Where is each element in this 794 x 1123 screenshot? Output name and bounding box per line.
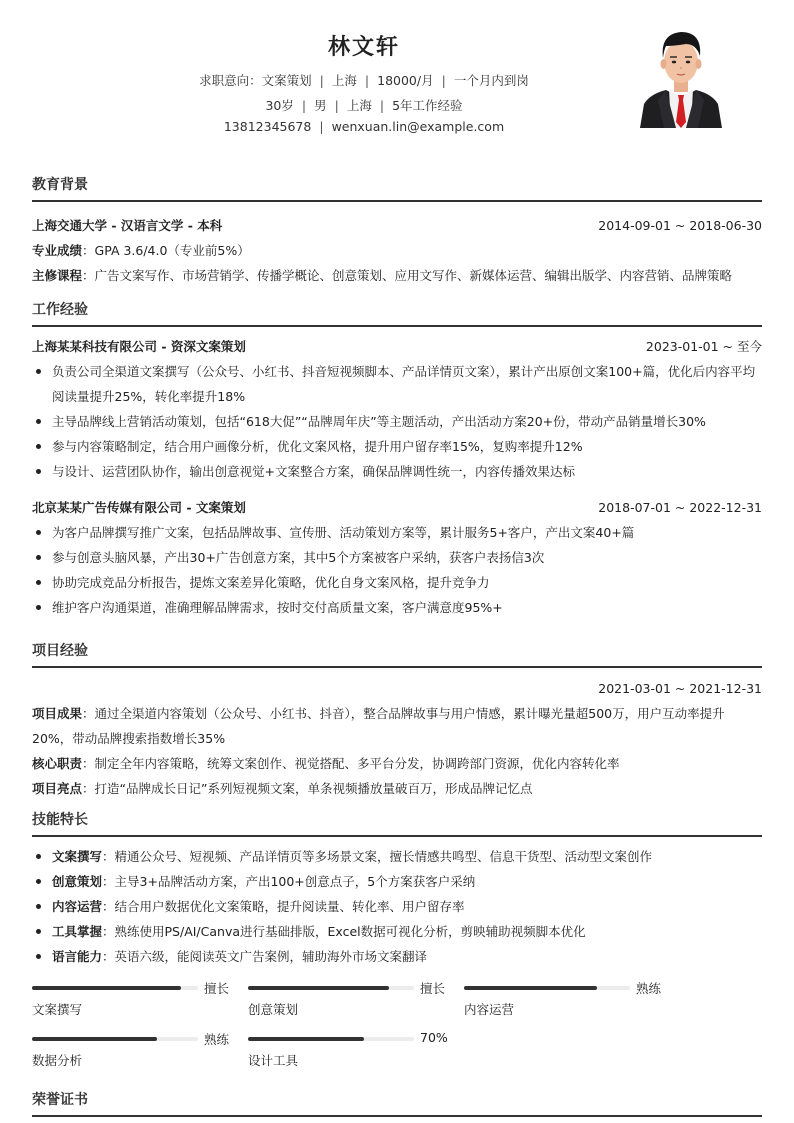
list-item: 参与创意头脑风暴，产出30+广告创意方案，其中5个方案被客户采纳，获客户表扬信3… <box>32 545 762 570</box>
intent-city: 上海 <box>332 73 357 88</box>
skills-section: 技能特长 文案撰写：精通公众号、短视频、产品详情页等多场景文案，擅长情感共鸣型、… <box>32 809 762 969</box>
contact-line: 13812345678|wenxuan.lin@example.com <box>32 119 696 134</box>
gpa-label: 专业成绩 <box>32 243 82 258</box>
skill-track <box>32 986 198 990</box>
list-item: 与设计、运营团队协作，输出创意视觉+文案整合方案，确保品牌调性统一，内容传播效果… <box>32 459 762 484</box>
project-item: 核心职责：制定全年内容策略，统筹文案创作、视觉搭配、多平台分发，协调跨部门资源，… <box>32 751 762 776</box>
skill-fill <box>248 986 389 990</box>
email: wenxuan.lin@example.com <box>332 119 505 134</box>
job-heading: 上海某某科技有限公司 - 资深文案策划 <box>32 339 246 354</box>
expected-salary: 18000/月 <box>377 73 433 88</box>
project-item-value: ：通过全渠道内容策划（公众号、小红书、抖音），整合品牌故事与用户情感，累计曝光量… <box>32 706 725 746</box>
availability: 一个月内到岗 <box>454 73 529 88</box>
section-title: 荣誉证书 <box>32 1089 762 1111</box>
separator: | <box>442 73 446 88</box>
project-section: 项目经验 2021-03-01 ~ 2021-12-31 项目成果：通过全渠道内… <box>32 640 762 801</box>
list-item: 创意策划：主导3+品牌活动方案，产出100+创意点子，5个方案获客户采纳 <box>32 869 762 894</box>
separator: | <box>380 98 384 113</box>
gpa-value: ：GPA 3.6/4.0（专业前5%） <box>82 243 250 258</box>
personal-info-line: 30岁|男|上海|5年工作经验 <box>32 96 696 114</box>
skill-fill <box>32 986 181 990</box>
resume-header: 林文轩 求职意向：文案策划|上海|18000/月|一个月内到岗 30岁|男|上海… <box>32 0 762 150</box>
education-section: 教育背景 上海交通大学 - 汉语言文学 - 本科 2014-09-01 ~ 20… <box>32 174 762 288</box>
project-date: 2021-03-01 ~ 2021-12-31 <box>598 676 762 701</box>
courses-label: 主修课程 <box>32 268 82 283</box>
skill-name: 设计工具 <box>248 1051 298 1069</box>
section-title: 工作经验 <box>32 299 762 321</box>
project-item-value: ：制定全年内容策略，统筹文案创作、视觉搭配、多平台分发，协调跨部门资源，优化内容… <box>82 756 620 771</box>
job-intent: 求职意向：文案策划 <box>199 73 312 88</box>
section-title: 教育背景 <box>32 174 762 196</box>
skill-name: 创意策划 <box>248 1000 298 1018</box>
candidate-name: 林文轩 <box>32 30 696 61</box>
skill-track <box>248 986 414 990</box>
job-bullets: 负责公司全渠道文案撰写（公众号、小红书、抖音短视频脚本、产品详情页文案），累计产… <box>32 359 762 484</box>
separator: | <box>319 119 323 134</box>
section-divider <box>32 666 762 668</box>
skill-bar: 熟练 内容运营 <box>464 980 664 1020</box>
skill-bar: 擅长 创意策划 <box>248 980 448 1020</box>
skill-value: ：结合用户数据优化文案策略，提升阅读量、转化率、用户留存率 <box>102 899 465 914</box>
skill-track <box>32 1037 198 1041</box>
skill-label: 创意策划 <box>52 874 102 889</box>
skill-value: ：精通公众号、短视频、产品详情页等多场景文案，擅长情感共鸣型、信息干货型、活动型… <box>102 849 652 864</box>
project-header: 2021-03-01 ~ 2021-12-31 <box>32 676 762 701</box>
list-item: 负责公司全渠道文案撰写（公众号、小红书、抖音短视频脚本、产品详情页文案），累计产… <box>32 359 762 409</box>
job-heading: 北京某某广告传媒有限公司 - 文案策划 <box>32 500 246 515</box>
school-line: 上海交通大学 - 汉语言文学 - 本科 <box>32 218 222 233</box>
skill-value: ：英语六级，能阅读英文广告案例，辅助海外市场文案翻译 <box>102 949 427 964</box>
skill-level: 70% <box>420 1030 448 1045</box>
education-entry: 上海交通大学 - 汉语言文学 - 本科 2014-09-01 ~ 2018-06… <box>32 213 762 238</box>
work-section: 工作经验 上海某某科技有限公司 - 资深文案策划 2023-01-01 ~ 至今… <box>32 299 762 620</box>
section-divider <box>32 835 762 837</box>
section-divider <box>32 200 762 202</box>
job-date: 2023-01-01 ~ 至今 <box>646 334 762 359</box>
gender: 男 <box>314 98 327 113</box>
list-item: 工具掌握：熟练使用PS/AI/Canva进行基础排版，Excel数据可视化分析，… <box>32 919 762 944</box>
skill-fill <box>248 1037 364 1041</box>
section-title: 项目经验 <box>32 640 762 662</box>
education-date: 2014-09-01 ~ 2018-06-30 <box>598 213 762 238</box>
list-item: 维护客户沟通渠道，准确理解品牌需求，按时交付高质量文案，客户满意度95%+ <box>32 595 762 620</box>
list-item: 文案撰写：精通公众号、短视频、产品详情页等多场景文案，擅长情感共鸣型、信息干货型… <box>32 844 762 869</box>
phone: 13812345678 <box>224 119 311 134</box>
project-item-label: 核心职责 <box>32 756 82 771</box>
list-item: 为客户品牌撰写推广文案，包括品牌故事、宣传册、活动策划方案等，累计服务5+客户，… <box>32 520 762 545</box>
separator: | <box>302 98 306 113</box>
project-item: 项目成果：通过全渠道内容策划（公众号、小红书、抖音），整合品牌故事与用户情感，累… <box>32 701 762 751</box>
skill-bar: 擅长 文案撰写 <box>32 980 232 1020</box>
job-date: 2018-07-01 ~ 2022-12-31 <box>598 495 762 520</box>
skill-name: 数据分析 <box>32 1051 82 1069</box>
skill-level: 擅长 <box>420 979 445 997</box>
job-bullets: 为客户品牌撰写推广文案，包括品牌故事、宣传册、活动策划方案等，累计服务5+客户，… <box>32 520 762 620</box>
skill-bar: 70% 设计工具 <box>248 1031 448 1071</box>
skill-bar: 熟练 数据分析 <box>32 1031 232 1071</box>
list-item: 参与内容策略制定，结合用户画像分析，优化文案风格，提升用户留存率15%，复购率提… <box>32 434 762 459</box>
honors-section: 荣誉证书 <box>32 1089 762 1117</box>
separator: | <box>365 73 369 88</box>
skill-label: 文案撰写 <box>52 849 102 864</box>
job-entry: 北京某某广告传媒有限公司 - 文案策划 2018-07-01 ~ 2022-12… <box>32 495 762 620</box>
job-entry: 上海某某科技有限公司 - 资深文案策划 2023-01-01 ~ 至今 负责公司… <box>32 334 762 484</box>
project-item-value: ：打造“品牌成长日记”系列短视频文案，单条视频播放量破百万，形成品牌记忆点 <box>82 781 532 796</box>
section-divider <box>32 325 762 327</box>
list-item: 语言能力：英语六级，能阅读英文广告案例，辅助海外市场文案翻译 <box>32 944 762 969</box>
skill-fill <box>464 986 597 990</box>
skill-track <box>464 986 630 990</box>
list-item: 协助完成竞品分析报告，提炼文案差异化策略，优化自身文案风格，提升竞争力 <box>32 570 762 595</box>
skill-track <box>248 1037 414 1041</box>
section-title: 技能特长 <box>32 809 762 831</box>
avatar <box>636 24 726 128</box>
age: 30岁 <box>265 98 293 113</box>
skills-list: 文案撰写：精通公众号、短视频、产品详情页等多场景文案，擅长情感共鸣型、信息干货型… <box>32 844 762 969</box>
location: 上海 <box>347 98 372 113</box>
skill-value: ：熟练使用PS/AI/Canva进行基础排版，Excel数据可视化分析，剪映辅助… <box>102 924 586 939</box>
skill-name: 文案撰写 <box>32 1000 82 1018</box>
skill-label: 内容运营 <box>52 899 102 914</box>
skill-label: 语言能力 <box>52 949 102 964</box>
skill-label: 工具掌握 <box>52 924 102 939</box>
project-item-label: 项目亮点 <box>32 781 82 796</box>
list-item: 主导品牌线上营销活动策划，包括“618大促”“品牌周年庆”等主题活动，产出活动方… <box>32 409 762 434</box>
skill-name: 内容运营 <box>464 1000 514 1018</box>
separator: | <box>335 98 339 113</box>
project-item: 项目亮点：打造“品牌成长日记”系列短视频文案，单条视频播放量破百万，形成品牌记忆… <box>32 776 762 801</box>
skill-level: 擅长 <box>204 979 229 997</box>
list-item: 内容运营：结合用户数据优化文案策略，提升阅读量、转化率、用户留存率 <box>32 894 762 919</box>
resume-page: 林文轩 求职意向：文案策划|上海|18000/月|一个月内到岗 30岁|男|上海… <box>0 0 794 1123</box>
skill-value: ：主导3+品牌活动方案，产出100+创意点子，5个方案获客户采纳 <box>102 874 475 889</box>
skill-fill <box>32 1037 157 1041</box>
years-experience: 5年工作经验 <box>392 98 462 113</box>
separator: | <box>320 73 324 88</box>
section-divider <box>32 1115 762 1117</box>
courses-value: ：广告文案写作、市场营销学、传播学概论、创意策划、应用文写作、新媒体运营、编辑出… <box>82 268 732 283</box>
gpa-row: 专业成绩：GPA 3.6/4.0（专业前5%） <box>32 238 762 263</box>
courses-row: 主修课程：广告文案写作、市场营销学、传播学概论、创意策划、应用文写作、新媒体运营… <box>32 263 762 288</box>
skill-level: 熟练 <box>204 1030 229 1048</box>
job-intent-line: 求职意向：文案策划|上海|18000/月|一个月内到岗 <box>32 71 696 89</box>
project-item-label: 项目成果 <box>32 706 82 721</box>
skill-level: 熟练 <box>636 979 661 997</box>
